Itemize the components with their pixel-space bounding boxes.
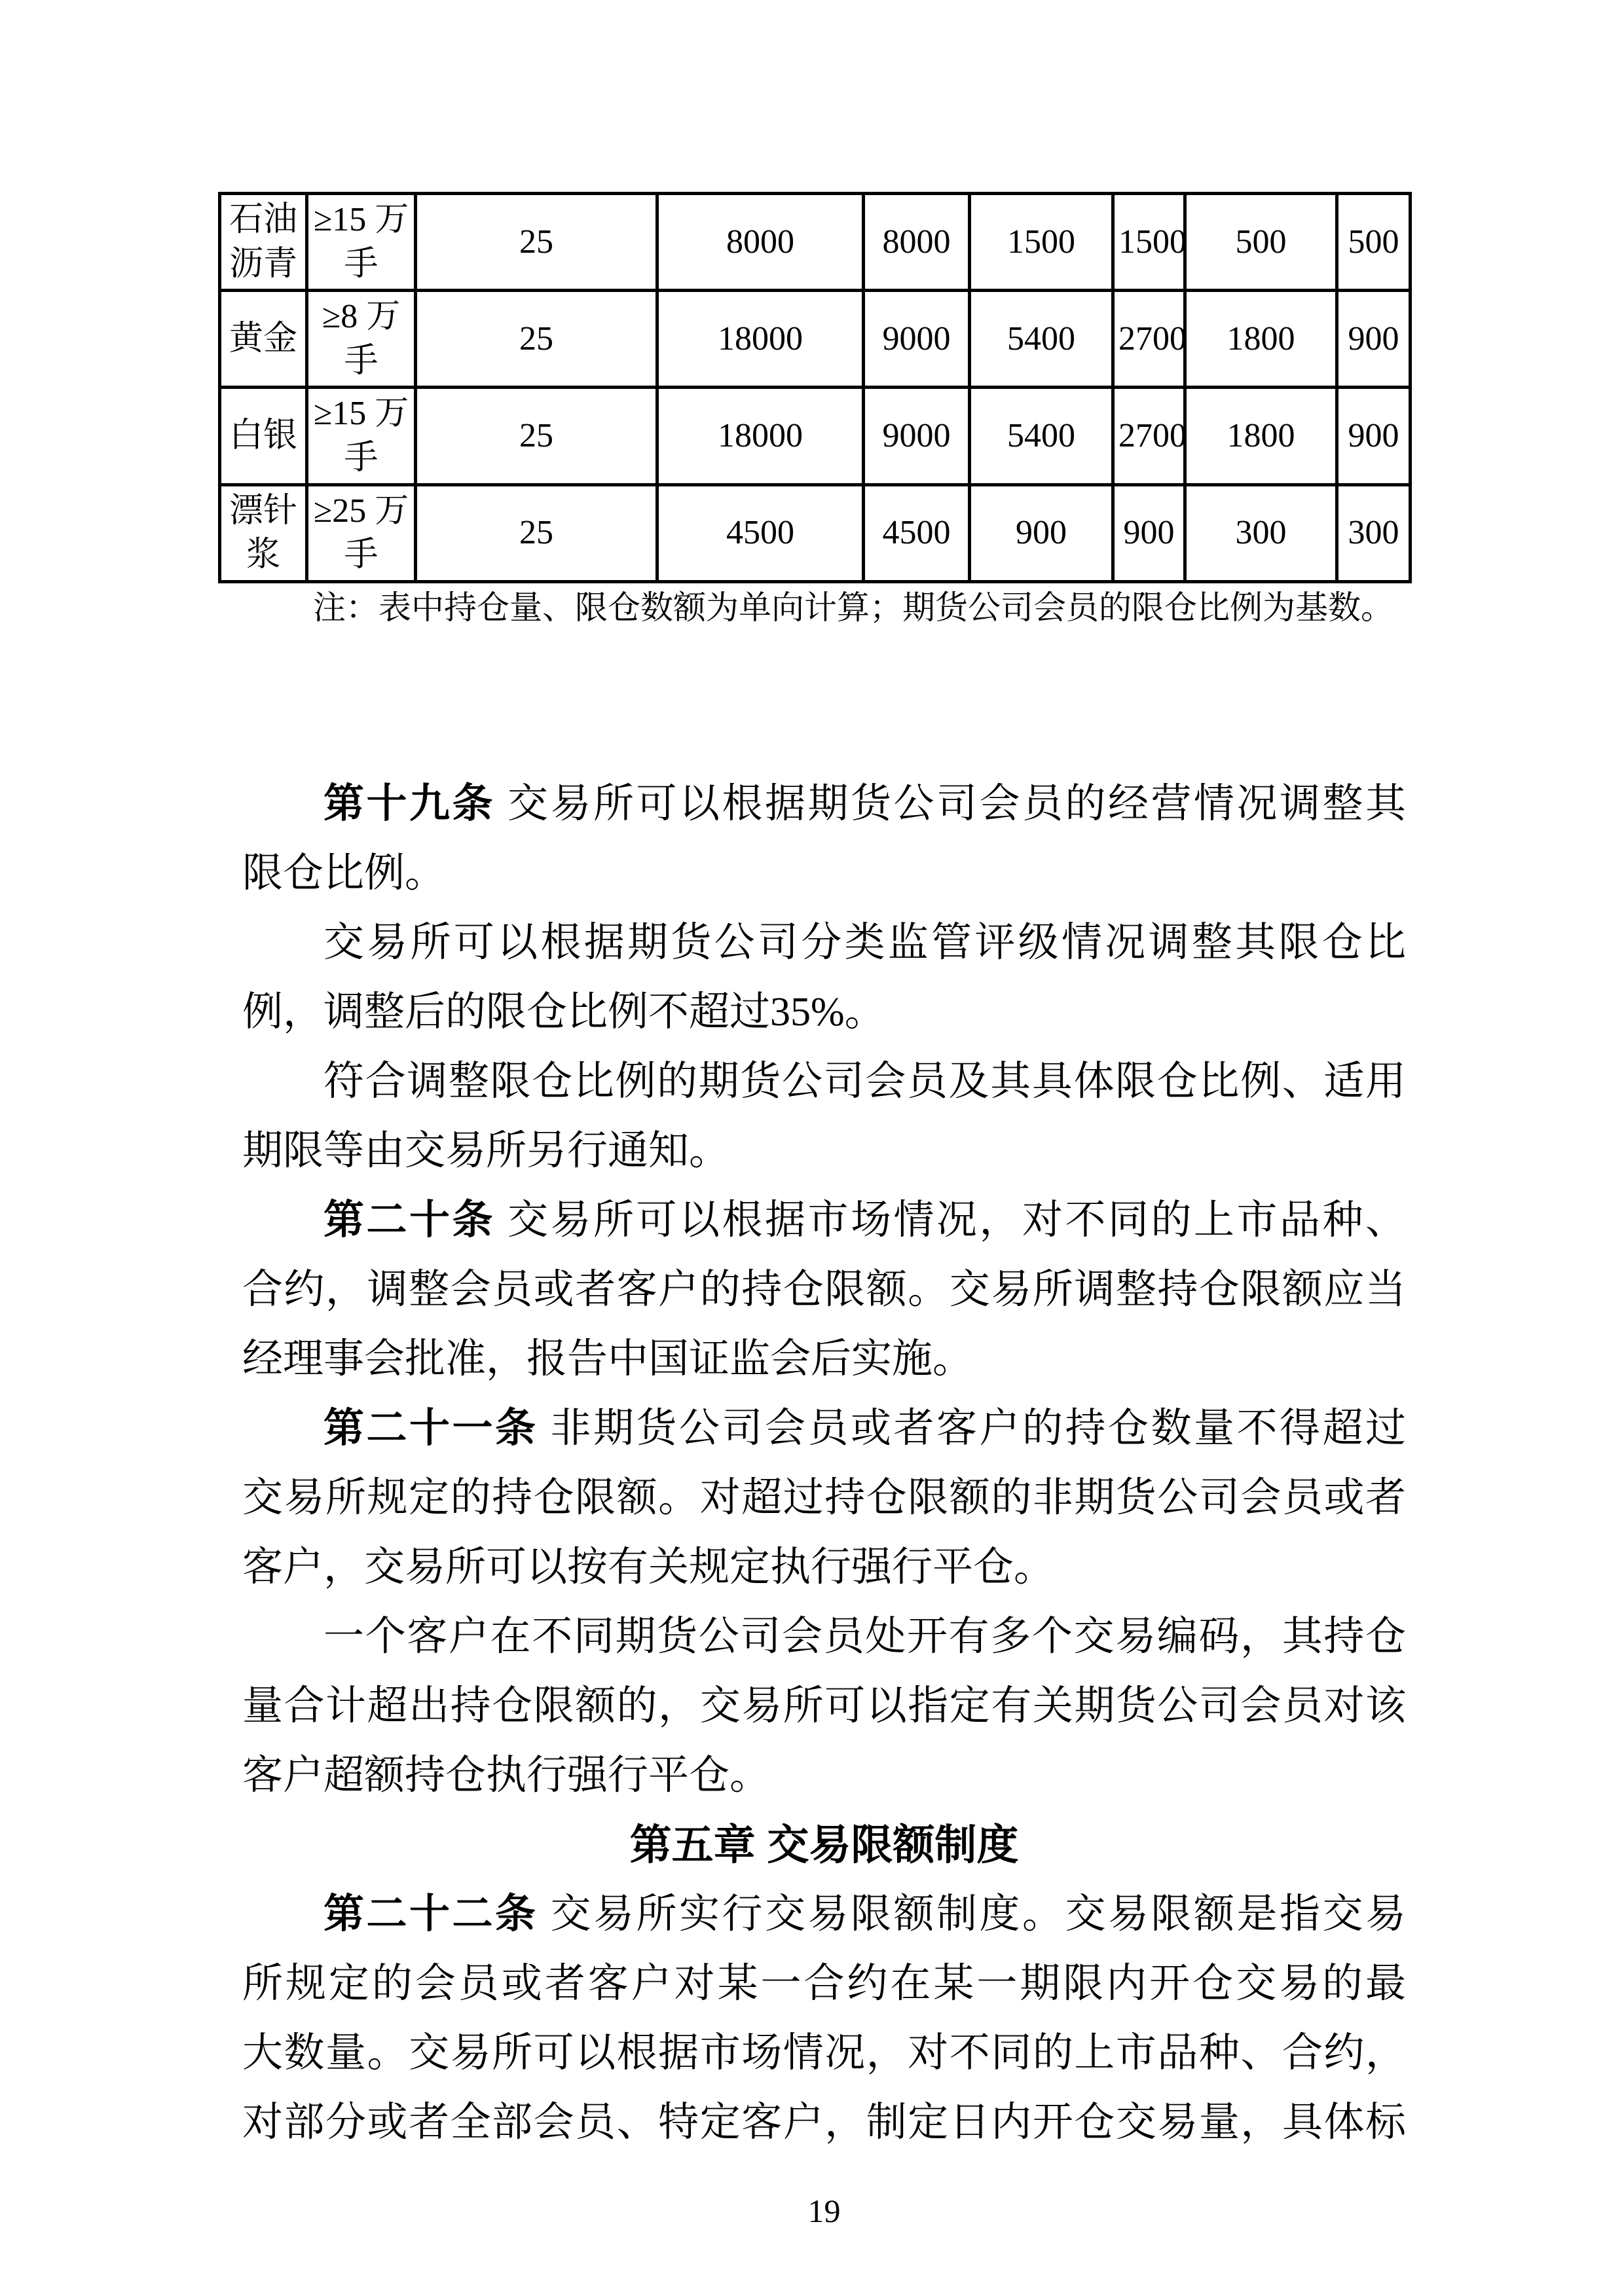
table-cell: ≥15 万 手 — [307, 194, 416, 291]
table-cell: 500 — [1337, 194, 1411, 291]
table-cell: 5400 — [970, 388, 1113, 484]
text-line: 合约，调整会员或者客户的持仓限额。交易所调整持仓限额应当 — [242, 1255, 1406, 1324]
table-cell: ≥8 万 手 — [307, 291, 416, 388]
line-text: 交易所可以根据市场情况，对不同的上市品种、 — [495, 1198, 1406, 1243]
table-cell: 18000 — [657, 388, 864, 484]
text-line: 交易所可以根据期货公司分类监管评级情况调整其限仓比 — [242, 908, 1406, 977]
article-number: 第二十二条 — [323, 1891, 538, 1937]
text-line: 第十九条 交易所可以根据期货公司会员的经营情况调整其 — [242, 769, 1406, 839]
line-text: 非期货公司会员或者客户的持仓数量不得超过 — [538, 1406, 1406, 1451]
table-cell: 300 — [1185, 484, 1337, 581]
text-line: 量合计超出持仓限额的，交易所可以指定有关期货公司会员对该 — [242, 1671, 1406, 1741]
table-row: 白银 ≥15 万 手 25 18000 9000 5400 2700 1800 … — [220, 388, 1411, 484]
table-cell: 4500 — [864, 484, 970, 581]
table-cell: 8000 — [864, 194, 970, 291]
table-cell: 石油 沥青 — [220, 194, 307, 291]
table-cell: 900 — [1337, 291, 1411, 388]
text-line: 所规定的会员或者客户对某一合约在某一期限内开仓交易的最 — [242, 1949, 1406, 2018]
table-cell: ≥25 万 手 — [307, 484, 416, 581]
position-limit-table: 石油 沥青 ≥15 万 手 25 8000 8000 1500 1500 500… — [218, 192, 1412, 583]
text-line: 符合调整限仓比例的期货公司会员及其具体限仓比例、适用 — [242, 1047, 1406, 1116]
table-cell: 25 — [416, 388, 657, 484]
table-row: 黄金 ≥8 万 手 25 18000 9000 5400 2700 1800 9… — [220, 291, 1411, 388]
table-cell: 1800 — [1185, 388, 1337, 484]
table-cell: 300 — [1337, 484, 1411, 581]
article-number: 第二十一条 — [323, 1406, 538, 1451]
text-line: 客户超额持仓执行强行平仓。 — [242, 1741, 1406, 1810]
text-line: 客户，交易所可以按有关规定执行强行平仓。 — [242, 1533, 1406, 1602]
table-cell: 1500 — [970, 194, 1113, 291]
table-cell: 900 — [1113, 484, 1185, 581]
table-cell: 4500 — [657, 484, 864, 581]
table-cell: 黄金 — [220, 291, 307, 388]
text-line: 限仓比例。 — [242, 839, 1406, 908]
text-line: 第二十二条 交易所实行交易限额制度。交易限额是指交易 — [242, 1880, 1406, 1949]
table-cell: 900 — [970, 484, 1113, 581]
article-text: 第十九条 交易所可以根据期货公司会员的经营情况调整其 限仓比例。 交易所可以根据… — [242, 769, 1406, 2157]
table-cell: 9000 — [864, 388, 970, 484]
table-cell: 1800 — [1185, 291, 1337, 388]
text-line: 期限等由交易所另行通知。 — [242, 1116, 1406, 1186]
text-line: 对部分或者全部会员、特定客户，制定日内开仓交易量，具体标 — [242, 2088, 1406, 2157]
table-row: 石油 沥青 ≥15 万 手 25 8000 8000 1500 1500 500… — [220, 194, 1411, 291]
table-cell: 8000 — [657, 194, 864, 291]
chapter-heading: 第五章 交易限额制度 — [242, 1810, 1406, 1880]
table-cell: 2700 — [1113, 291, 1185, 388]
document-page: 石油 沥青 ≥15 万 手 25 8000 8000 1500 1500 500… — [0, 0, 1624, 2296]
table-cell: 900 — [1337, 388, 1411, 484]
table-cell: 5400 — [970, 291, 1113, 388]
table-cell: 9000 — [864, 291, 970, 388]
table-cell: 25 — [416, 291, 657, 388]
table-note: 注：表中持仓量、限仓数额为单向计算；期货公司会员的限仓比例为基数。 — [242, 589, 1406, 627]
table-cell: 500 — [1185, 194, 1337, 291]
text-line: 例，调整后的限仓比例不超过35%。 — [242, 977, 1406, 1047]
text-line: 大数量。交易所可以根据市场情况，对不同的上市品种、合约， — [242, 2018, 1406, 2088]
table-cell: ≥15 万 手 — [307, 388, 416, 484]
page-number: 19 — [242, 2191, 1406, 2231]
text-line: 一个客户在不同期货公司会员处开有多个交易编码，其持仓 — [242, 1602, 1406, 1671]
line-text: 交易所可以根据期货公司会员的经营情况调整其 — [495, 782, 1406, 826]
article-number: 第二十条 — [323, 1197, 495, 1243]
table-cell: 1500 — [1113, 194, 1185, 291]
text-line: 交易所规定的持仓限额。对超过持仓限额的非期货公司会员或者 — [242, 1463, 1406, 1533]
text-line: 第二十条 交易所可以根据市场情况，对不同的上市品种、 — [242, 1186, 1406, 1255]
text-line: 第二十一条 非期货公司会员或者客户的持仓数量不得超过 — [242, 1394, 1406, 1463]
text-line: 经理事会批准，报告中国证监会后实施。 — [242, 1324, 1406, 1394]
table-cell: 25 — [416, 194, 657, 291]
table-cell: 18000 — [657, 291, 864, 388]
table-row: 漂针 浆 ≥25 万 手 25 4500 4500 900 900 300 30… — [220, 484, 1411, 581]
table-cell: 白银 — [220, 388, 307, 484]
line-text: 交易所实行交易限额制度。交易限额是指交易 — [538, 1892, 1406, 1937]
table-cell: 2700 — [1113, 388, 1185, 484]
table-cell: 25 — [416, 484, 657, 581]
table-cell: 漂针 浆 — [220, 484, 307, 581]
article-number: 第十九条 — [323, 781, 495, 826]
